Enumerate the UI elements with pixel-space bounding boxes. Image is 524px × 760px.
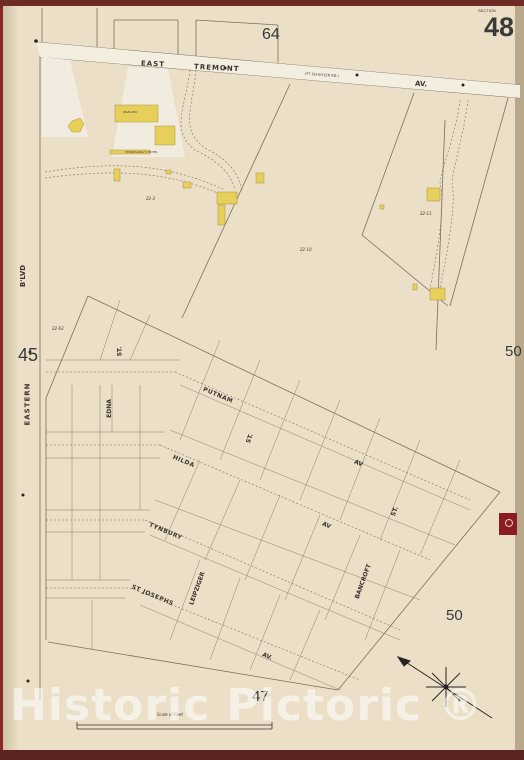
sheet-number: 48 <box>484 12 514 43</box>
label-hotel: MORRISANIA'S HOTEL <box>125 150 158 154</box>
adjacent-sheet-southeast: 50 <box>446 607 463 624</box>
street-label-eastern: EASTERN <box>24 382 32 425</box>
street-label-av: AV. <box>415 80 428 89</box>
map-page: SECTION 48 64 45 50 50 47 EAST TREMONT (… <box>0 0 524 760</box>
label-pavilion: PAVILION <box>123 110 137 114</box>
lot-label-22-3: 22-3 <box>146 196 155 201</box>
lot-label-22-11: 22-11 <box>420 211 432 216</box>
adjacent-sheet-east: 50 <box>505 343 522 360</box>
adjacent-sheet-north: 64 <box>262 26 280 44</box>
street-label-edna: EDNA <box>106 399 113 418</box>
lot-label-22-10: 22-10 <box>300 247 312 252</box>
street-label-blvd: B'LVD <box>19 265 27 287</box>
map-drawing <box>0 0 524 760</box>
bookmark-tab-mark <box>505 519 513 527</box>
street-label-edna-st: ST. <box>116 347 123 357</box>
street-label-east: EAST <box>141 59 165 68</box>
adjacent-sheet-west: 45 <box>18 345 38 366</box>
lot-label-22-63: 22-63 <box>52 326 64 331</box>
watermark: Historic Pictoric ® <box>10 680 483 731</box>
